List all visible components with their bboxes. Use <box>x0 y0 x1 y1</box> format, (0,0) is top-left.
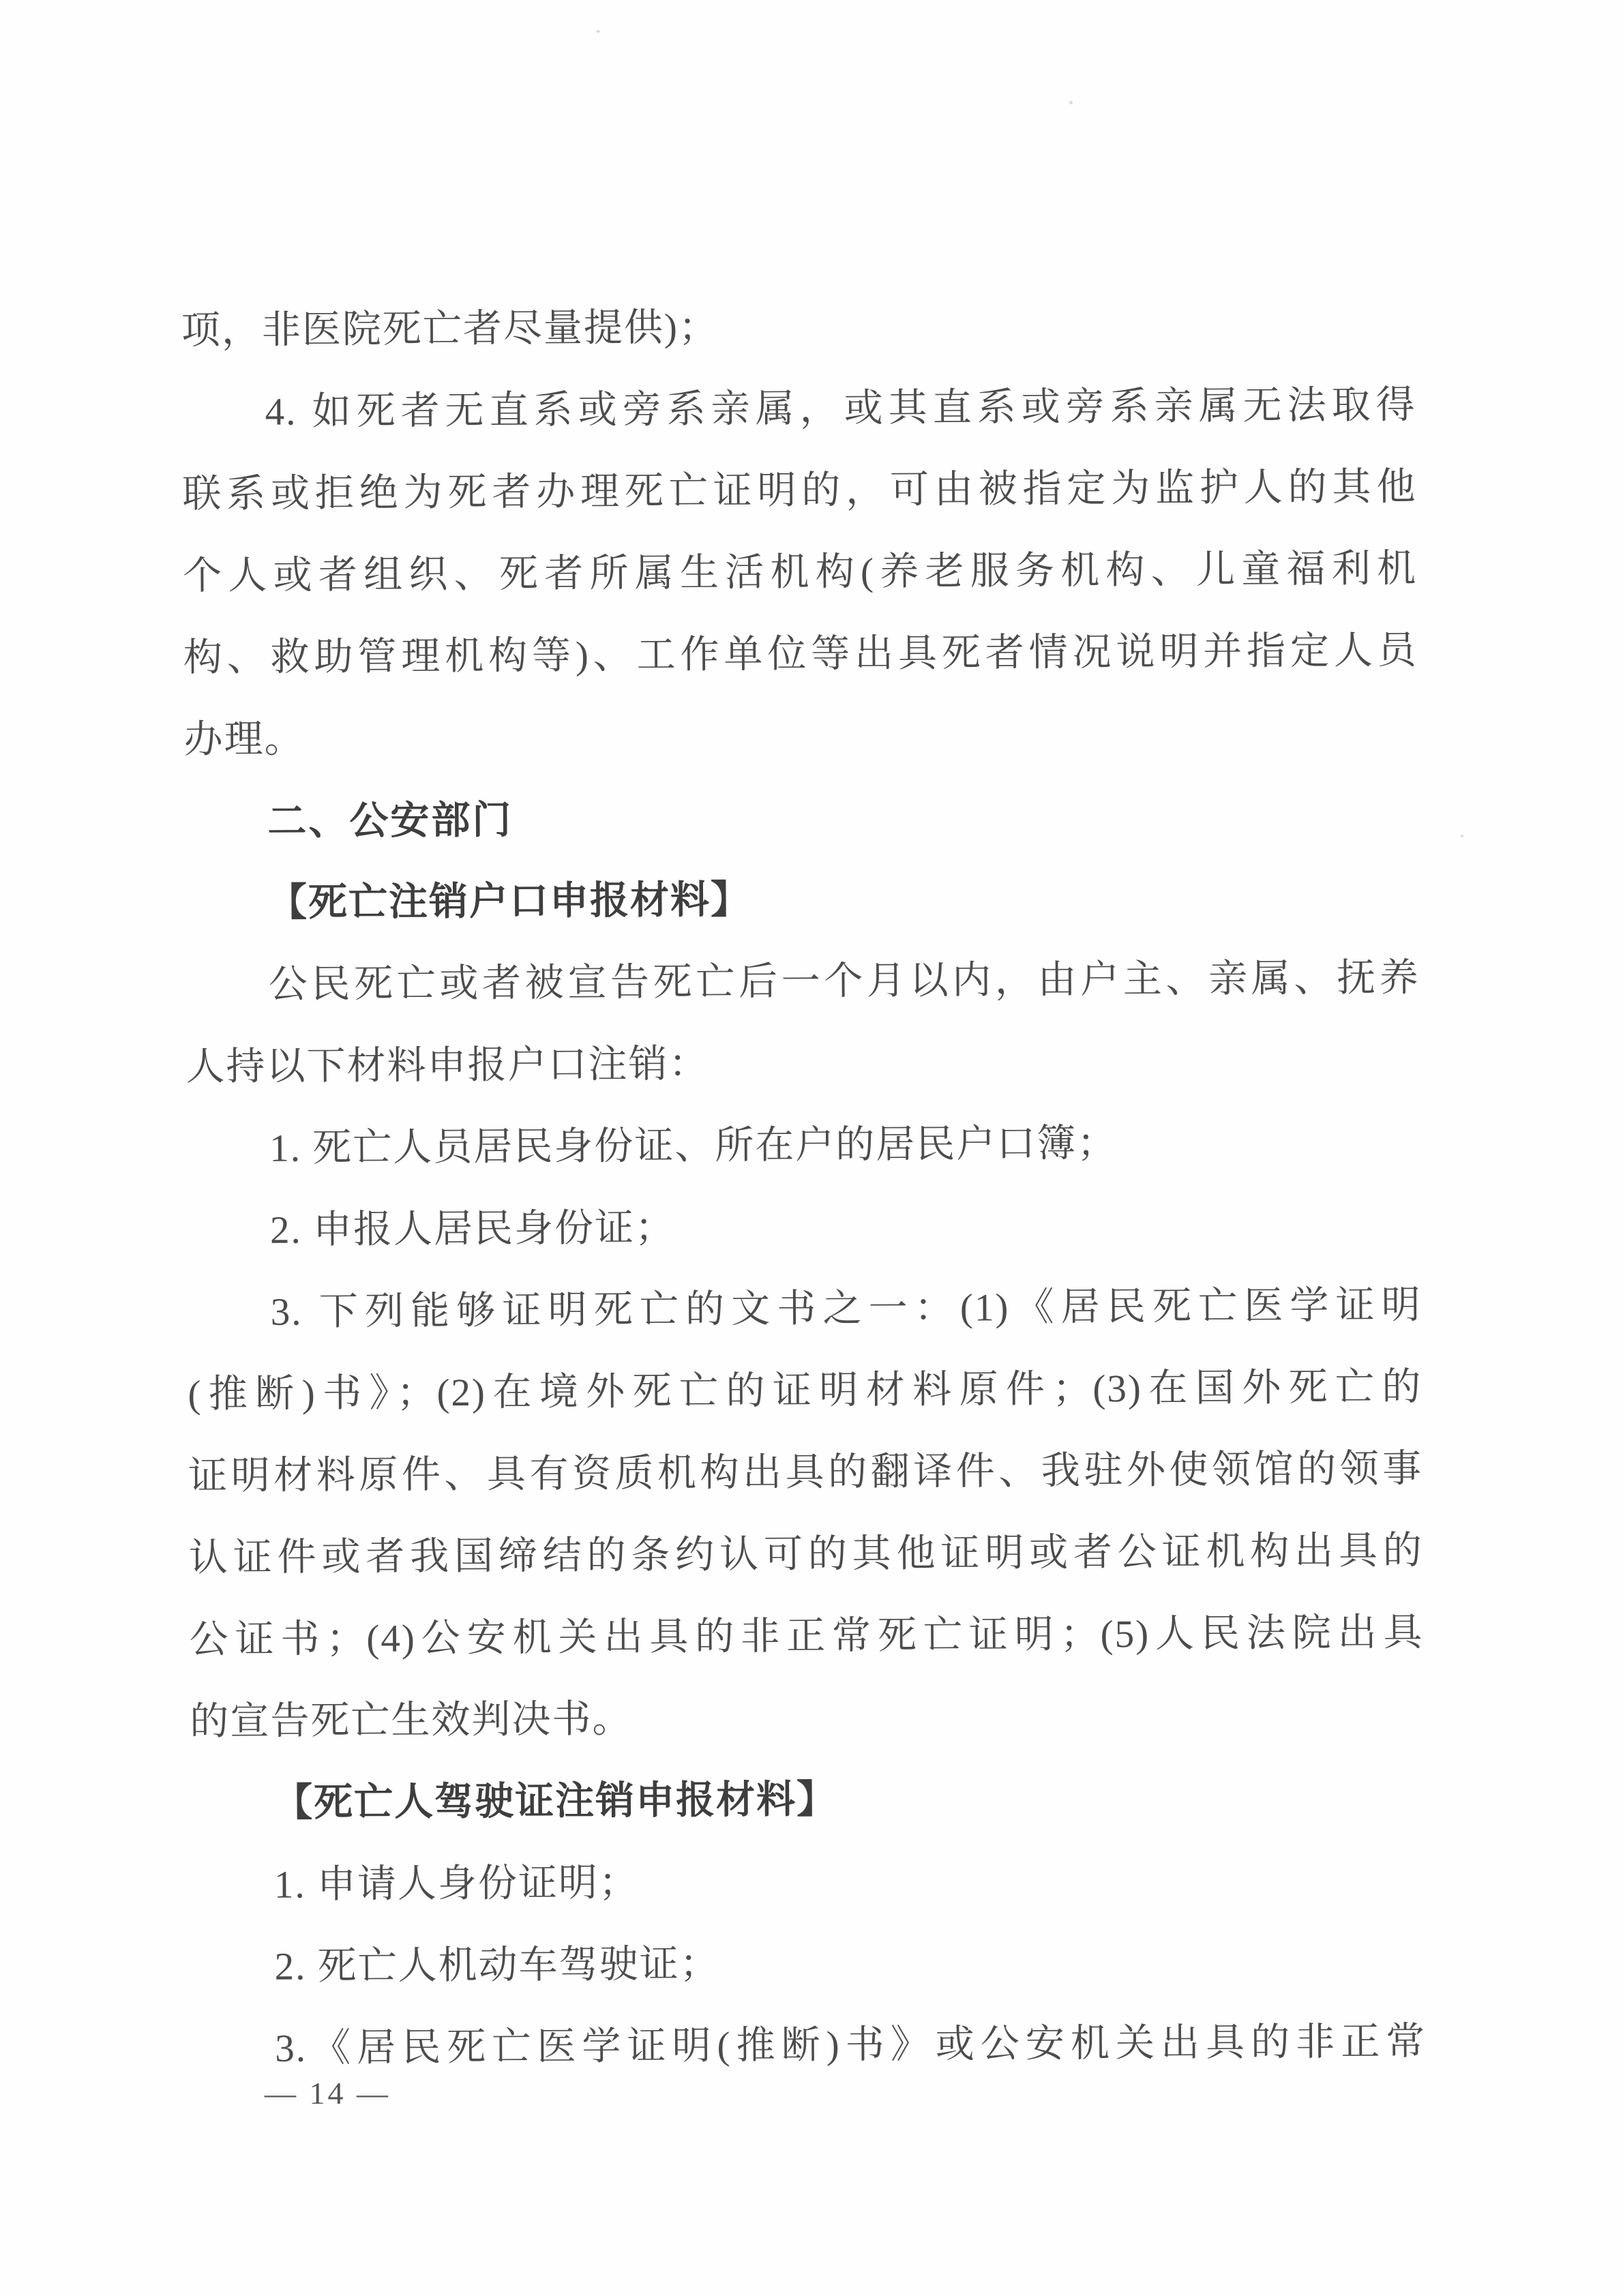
scan-speckle <box>1069 101 1073 104</box>
bracket-heading: 【死亡注销户口申报材料】 <box>185 855 1420 944</box>
scan-speckle <box>596 30 600 33</box>
list-item: 1. 申请人身份证明； <box>190 1837 1425 1926</box>
text-line: 的宣告死亡生效判决书。 <box>190 1673 1425 1763</box>
text-line: (推断)书》；(2)在境外死亡的证明材料原件；(3)在国外死亡的 <box>188 1346 1423 1435</box>
list-item: 1. 死亡人员居民身份证、所在户的居民户口簿； <box>186 1101 1421 1190</box>
list-item: 3. 下列能够证明死亡的文书之一：(1)《居民死亡医学证明 <box>187 1264 1422 1354</box>
text-line: 联系或拒绝为死者办理死亡证明的，可由被指定为监护人的其他 <box>182 446 1417 535</box>
text-line: 证明材料原件、具有资质机构出具的翻译件、我驻外使领馆的领事 <box>188 1428 1423 1517</box>
text-column: 项，非医院死亡者尽量提供)； 4. 如死者无直系或旁系亲属，或其直系或旁系亲属无… <box>181 282 1427 2090</box>
page-number: — 14 — <box>265 2072 391 2115</box>
scan-speckle <box>1461 835 1463 837</box>
text-line: 构、救助管理机构等)、工作单位等出具死者情况说明并指定人员 <box>183 610 1418 699</box>
text-line: 项，非医院死亡者尽量提供)； <box>181 282 1416 372</box>
bracket-heading: 【死亡人驾驶证注销申报材料】 <box>190 1755 1425 1845</box>
text-line: 办理。 <box>183 691 1418 781</box>
section-heading: 二、公安部门 <box>184 773 1419 863</box>
list-item: 2. 申报人居民身份证； <box>187 1182 1422 1272</box>
text-line: 人持以下材料申报户口注销： <box>185 1019 1420 1108</box>
text-line: 个人或者组织、死者所属生活机构(养老服务机构、儿童福利机 <box>183 528 1418 617</box>
text-line: 公民死亡或者被宣告死亡后一个月以内，由户主、亲属、抚养 <box>185 937 1420 1026</box>
text-line: 公证书；(4)公安机关出具的非正常死亡证明；(5)人民法院出具 <box>189 1592 1424 1681</box>
list-item: 2. 死亡人机动车驾驶证； <box>191 1919 1426 2008</box>
text-line: 4. 如死者无直系或旁系亲属，或其直系或旁系亲属无法取得 <box>181 364 1416 453</box>
document-page: 项，非医院死亡者尽量提供)； 4. 如死者无直系或旁系亲属，或其直系或旁系亲属无… <box>0 0 1623 2296</box>
text-line: 认证件或者我国缔结的条约认可的其他证明或者公证机构出具的 <box>189 1510 1424 1599</box>
